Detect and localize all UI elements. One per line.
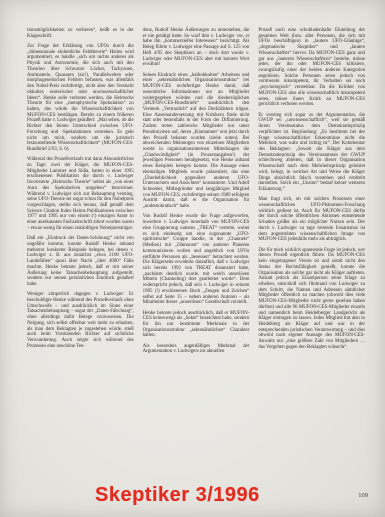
body-paragraph: Er verstieg sich sogar zu der Argumentat… xyxy=(258,113,365,193)
body-paragraph: Von Rudolf Henke wurde die Frage aufgewo… xyxy=(143,214,250,306)
issue-stamp-annotation: Skeptiker 3/1996 xyxy=(95,484,260,507)
body-paragraph: Die für mich wirklich spannende Frage is… xyxy=(258,248,365,351)
page-number: 109 xyxy=(358,492,368,499)
three-column-text-area: tionsmöglichkeiten zu verlieren“, heißt … xyxy=(27,28,365,490)
text-column-2: denz, Rudolf Henke Äußerungen zu unterst… xyxy=(143,28,250,490)
body-paragraph: Als besonders augenfälliges Merkmal der … xyxy=(143,344,250,355)
body-paragraph: Seinen Eindruck eines „halbokkulten“ Arb… xyxy=(143,73,250,210)
body-paragraph: tionsmöglichkeiten zu verlieren“, heißt … xyxy=(27,28,134,39)
text-column-1: tionsmöglichkeiten zu verlieren“, heißt … xyxy=(27,28,134,490)
body-paragraph: Weniger zimperlich dagegen v. Ludwiger: … xyxy=(27,292,134,349)
body-paragraph: Prozeß auch eine schubladenhafte Einteil… xyxy=(258,28,365,108)
scanned-journal-page: tionsmöglichkeiten zu verlieren“, heißt … xyxy=(0,0,385,517)
body-paragraph: denz, Rudolf Henke Äußerungen zu unterst… xyxy=(143,28,250,68)
text-column-3: Prozeß auch eine schubladenhafte Einteil… xyxy=(258,28,365,490)
body-paragraph: Zur Frage der Erklärung von UFOs durch d… xyxy=(27,44,134,153)
body-paragraph: Während des Prozeßverlaufs trat dann Abs… xyxy=(27,157,134,231)
body-paragraph: Man fragt sich, ob mit solchen Prozessen… xyxy=(258,197,365,243)
body-paragraph: Daß ein „Eindruck der Daten-Schönung“ ni… xyxy=(27,236,134,287)
body-paragraph: Henke betonte jedoch ausdrücklich, daß e… xyxy=(143,311,250,340)
